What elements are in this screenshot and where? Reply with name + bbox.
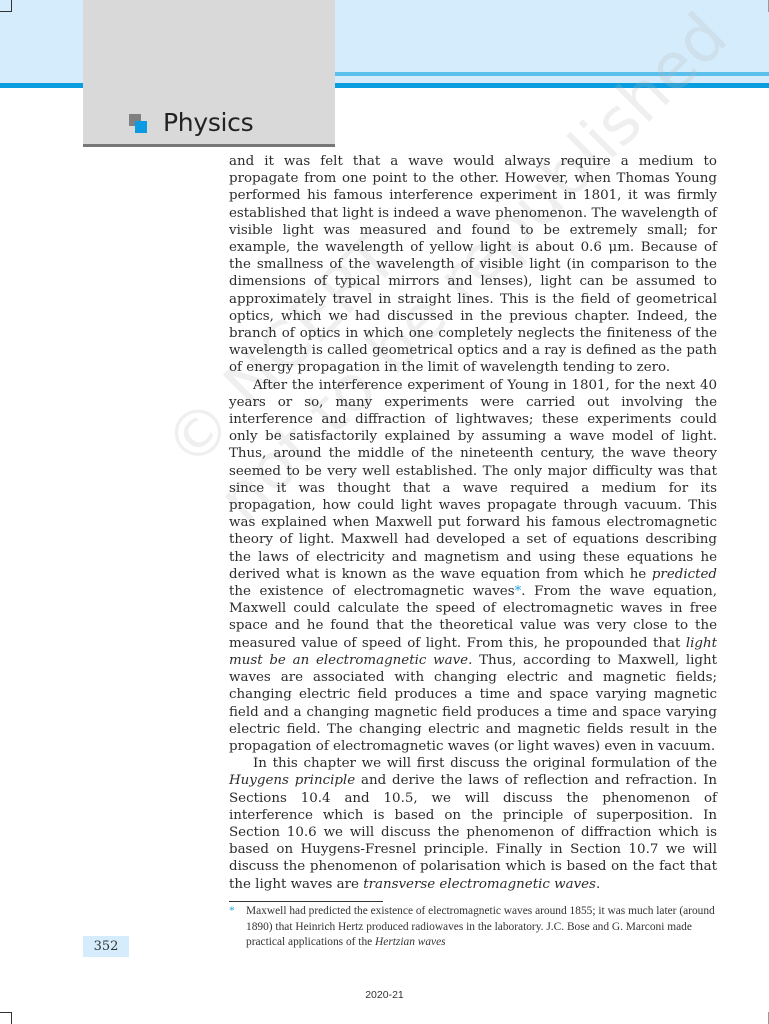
edition-year: 2020-21 <box>0 989 769 1001</box>
subject-title: Physics <box>163 108 253 137</box>
footnote-marker: * <box>229 904 235 920</box>
footnote: * Maxwell had predicted the existence of… <box>229 904 719 951</box>
body-text: and it was felt that a wave would always… <box>229 153 717 893</box>
blue-square-icon <box>135 121 147 133</box>
paragraph-3: In this chapter we will first discuss th… <box>229 755 717 893</box>
header-rule-thin <box>335 72 769 76</box>
paragraph-2: After the interference experiment of You… <box>229 377 717 755</box>
footnote-text: Maxwell had predicted the existence of e… <box>246 904 719 951</box>
subject-squares-icon <box>129 114 149 134</box>
crop-mark-bottom-left <box>0 1012 12 1024</box>
page-number: 352 <box>83 936 129 957</box>
footnote-divider <box>229 901 383 902</box>
paragraph-1: and it was felt that a wave would always… <box>229 153 717 377</box>
crop-mark-top-left <box>0 0 12 12</box>
